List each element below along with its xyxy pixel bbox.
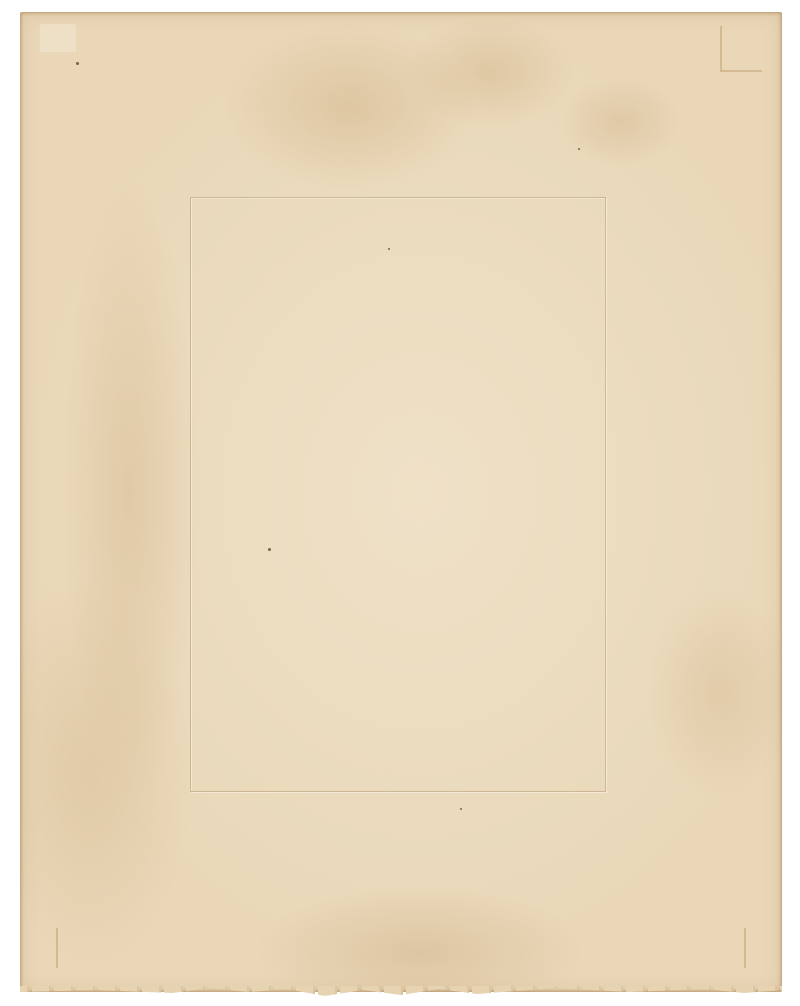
speck xyxy=(388,248,390,250)
speck xyxy=(268,548,271,551)
corner-mark-top-right xyxy=(720,26,762,72)
speck xyxy=(460,808,462,810)
corner-mark-bottom-left xyxy=(26,928,58,968)
speck xyxy=(76,62,79,65)
plate-mark xyxy=(190,197,606,792)
corner-mark-top-left xyxy=(40,24,76,52)
corner-mark-bottom-right xyxy=(744,928,776,968)
speck xyxy=(578,148,580,150)
